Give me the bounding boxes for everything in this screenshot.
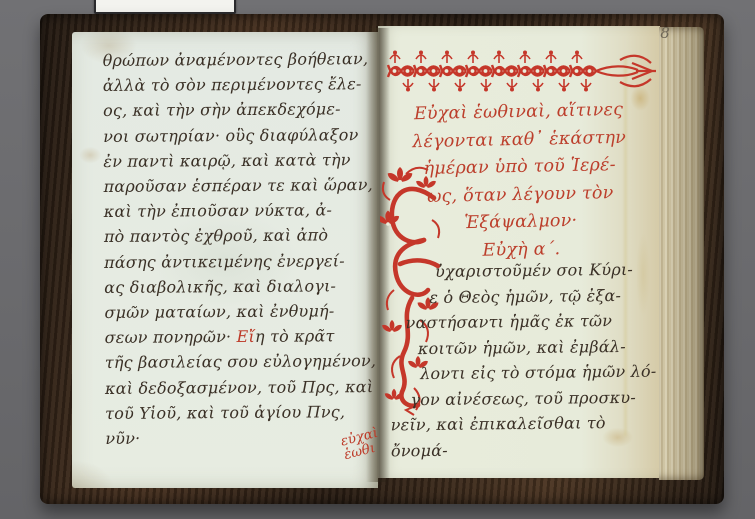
text-line: παροῦσαν ἑσπέραν τε καὶ ὥραν,: [103, 172, 377, 199]
text-segment: η τὸ κρᾶτ: [255, 327, 335, 347]
text-line: σμῶν ματαίων, καὶ ἐνθυμή-: [104, 298, 378, 325]
right-page-text-block: ὐχαριστοῦμέν σοι Κύρι- ε ὁ Θεὸς ἡμῶν, τῷ…: [387, 257, 661, 464]
text-line: ναστήσαντι ἡμᾶς ἐκ τῶν: [405, 308, 659, 336]
text-line: ας διαβολικῆς, καὶ διαλογι-: [104, 273, 378, 300]
text-line-with-rubric: σεων πονηρῶν· Εἴη τὸ κρᾶτ: [105, 323, 379, 350]
text-line: τῆς βασιλείας σου εὐλογημένον,: [105, 348, 379, 375]
left-page-text-block: θρώπων ἀναμένοντες βοήθειαν, ἀλλὰ τὸ σὸν…: [103, 46, 380, 451]
text-line: ος, καὶ τὴν σὴν ἀπεκδεχόμε-: [103, 96, 377, 123]
text-line: γον αἰνέσεως, τοῦ προσκυ-: [410, 384, 660, 412]
rubric-text-block: Εὐχαὶ ἑωθιναὶ, αἵτινες λέγονται καθ᾿ ἑκά…: [388, 96, 651, 266]
text-line: πὸ παντὸς ἐχθροῦ, καὶ ἀπὸ: [104, 222, 378, 249]
text-line: νοι σωτηρίαν· οὓς διαφύλαξον: [103, 122, 377, 149]
text-segment: σεων πονηρῶν·: [105, 327, 237, 347]
headpiece-ornament-icon: [384, 40, 660, 98]
folio-number: 8: [655, 24, 675, 42]
fore-edge-page-stack: [659, 27, 704, 480]
text-line: τοῦ Υἱοῦ, καὶ τοῦ ἁγίου Πνς, νῦν·: [105, 399, 379, 451]
text-line: καὶ τὴν ἐπιοῦσαν νύκτα, ἀ-: [104, 197, 378, 224]
text-line: ὐχαριστοῦμέν σοι Κύρι-: [435, 257, 659, 285]
text-line: ε ὁ Θεὸς ἡμῶν, τῷ ἐξα-: [429, 282, 659, 310]
text-line: λοντι εἰς τὸ στόμα ἡμῶν λό-: [420, 359, 660, 387]
text-line: πάσης ἀντικειμένης ἐνεργεί-: [104, 248, 378, 275]
text-line: ἀλλὰ τὸ σὸν περιμένοντες ἔλε-: [103, 71, 377, 98]
text-line: νεῖν, καὶ ἐπικαλεῖσθαι τὸ ὄνομά-: [391, 410, 662, 464]
color-calibration-card: [94, 0, 236, 14]
text-line: ἐν παντὶ καιρῷ, καὶ κατὰ τὴν: [103, 147, 377, 174]
rubric-initial: Εἴ: [237, 327, 255, 346]
text-line: κοιτῶν ἡμῶν, καὶ ἐμβάλ-: [418, 333, 660, 361]
rubric-line: ως, ὅταν λέγουν τὸν: [390, 179, 651, 212]
text-line: καὶ δεδοξασμένον, τοῦ Πρς, καὶ: [105, 374, 379, 401]
text-line: θρώπων ἀναμένοντες βοήθειαν,: [103, 46, 377, 73]
